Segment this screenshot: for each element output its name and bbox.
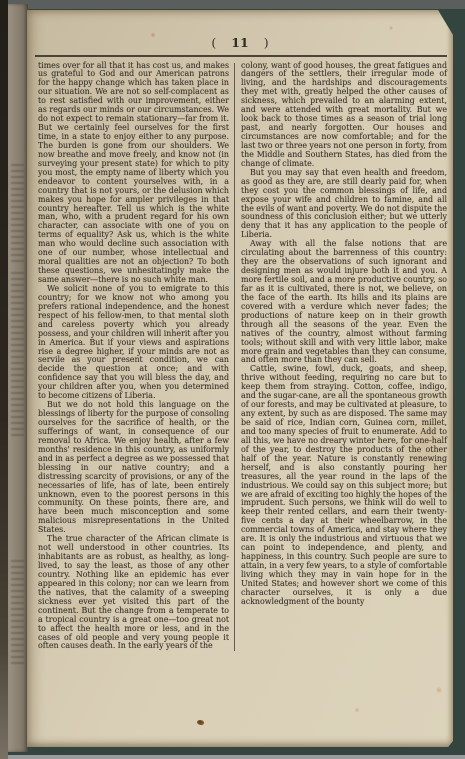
paragraph: But we do not hold this language on the … <box>38 401 229 535</box>
scan-background-bottom <box>0 755 465 759</box>
book-page: ( 11 ) times over for all that it has co… <box>27 10 453 747</box>
paragraph: But you may say that even health and fre… <box>241 169 447 241</box>
scanned-book-photo: ( 11 ) times over for all that it has co… <box>0 0 465 759</box>
page-number-value: 11 <box>231 35 248 50</box>
header-rule <box>35 55 447 57</box>
book-binding <box>0 0 8 759</box>
ink-blot <box>196 719 204 726</box>
binding-showthrough-marks <box>11 164 24 264</box>
paragraph: Cattle, swine, fowl, duck, goats, and sh… <box>241 365 447 606</box>
page-number: ( 11 ) <box>27 35 453 50</box>
binding-showthrough-marks <box>11 560 24 665</box>
left-column: times over for all that it has cost us, … <box>38 62 229 652</box>
scan-background-top <box>0 0 465 9</box>
binding-showthrough-marks <box>11 272 24 437</box>
book-binding-page-edges <box>8 4 28 752</box>
page-number-open-paren: ( <box>211 35 216 50</box>
right-column: colony, want of good houses, the great f… <box>241 62 447 652</box>
paragraph: The true character of the African climat… <box>38 535 229 651</box>
column-divider <box>234 63 235 652</box>
paragraph: times over for all that it has cost us, … <box>38 62 229 285</box>
text-columns: times over for all that it has cost us, … <box>27 57 453 652</box>
paragraph: We solicit none of you to emigrate to th… <box>38 285 229 401</box>
paragraph: Away with all the false notions that are… <box>241 240 447 365</box>
page-number-close-paren: ) <box>264 35 269 50</box>
paragraph: colony, want of good houses, the great f… <box>241 62 447 169</box>
